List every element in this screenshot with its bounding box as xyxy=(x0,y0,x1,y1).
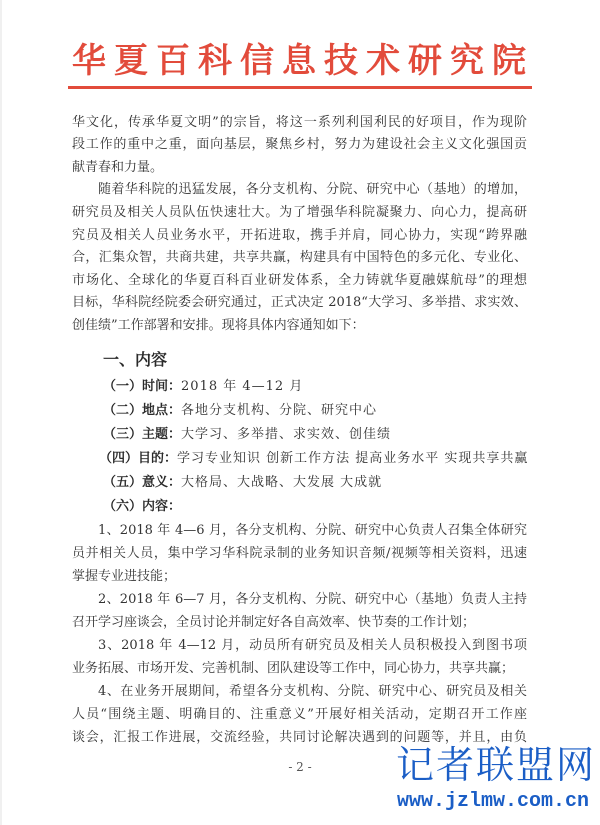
item-number: （三） xyxy=(103,427,142,442)
item-key: 时间： xyxy=(142,379,181,394)
item-number: （六） xyxy=(103,499,142,514)
numbered-line: 掌握专业进技能； xyxy=(72,567,542,587)
content-item-significance: （五）意义：大格局、大战略、大发展 大成就 xyxy=(103,473,543,493)
body-line: 献青春和力量。 xyxy=(72,158,542,178)
item-key: 内容： xyxy=(142,499,181,514)
numbered-line: 业务拓展、市场开发、完善机制、团队建设等工作中，同心协力，共享共赢； xyxy=(72,659,542,679)
content-item-purpose: （四）目的：学习专业知识 创新工作方法 提高业务水平 实现共享共赢 xyxy=(99,449,539,469)
body-line: 研究员及相关人员队伍快速壮大。为了增强华科院凝聚力、向心力，提高研 xyxy=(72,203,527,223)
item-value: 2018 年 4—12 月 xyxy=(181,379,303,394)
numbered-line: 3、2018 年 4—12 月，动员所有研究员及相关人员积极投入到图书项目、 xyxy=(98,636,527,656)
letterhead-title: 华夏百科信息技术研究院 xyxy=(72,41,542,81)
content-item-location: （二）地点：各地分支机构、分院、研究中心 xyxy=(103,401,543,421)
item-value: 各地分支机构、分院、研究中心 xyxy=(181,403,377,418)
numbered-line: 员并相关人员，集中学习华科院录制的业务知识音频/视频等相关资料，迅速 xyxy=(72,544,527,564)
body-line: 究员及相关人员业务水平，开拓进取，携手并肩，同心协力，实现“跨界融 xyxy=(72,226,527,246)
body-line: 华文化，传承华夏文明”的宗旨，将这一系列利国利民的好项目，作为现阶 xyxy=(72,113,527,133)
numbered-line: 2、2018 年 6—7 月，各分支机构、分院、研究中心（基地）负责人主持 xyxy=(98,590,527,610)
item-number: （四） xyxy=(99,451,138,466)
body-line: 目标，华科院经院委会研究通过，正式决定 2018“大学习、多举措、求实效、 xyxy=(72,293,527,313)
body-line: 段工作的重中之重，面向基层，聚焦乡村，努力为建设社会主义文化强国贡 xyxy=(72,135,527,155)
page-edge xyxy=(0,0,2,825)
item-key: 意义： xyxy=(142,475,181,490)
body-line: 随着华科院的迅猛发展，各分支机构、分院、研究中心（基地）的增加， xyxy=(98,180,527,200)
content-item-time: （一）时间：2018 年 4—12 月 xyxy=(103,377,543,397)
page-number: - 2 - xyxy=(280,758,320,776)
numbered-line: 召开学习座谈会，全员讨论并制定好各自高效率、快节奏的工作计划； xyxy=(72,613,542,633)
item-value: 大格局、大战略、大发展 大成就 xyxy=(181,475,382,490)
item-key: 目的： xyxy=(138,451,177,466)
section-heading: 一、内容 xyxy=(103,349,167,371)
item-number: （二） xyxy=(103,403,142,418)
numbered-line: 1、2018 年 4—6 月，各分支机构、分院、研究中心负责人召集全体研究 xyxy=(98,521,527,541)
item-key: 主题： xyxy=(142,427,181,442)
content-item-theme: （三）主题：大学习、多举措、求实效、创佳绩 xyxy=(103,425,543,445)
content-item-content: （六）内容： xyxy=(103,497,543,517)
body-line: 创佳绩”工作部署和安排。现将具体内容通知如下： xyxy=(72,316,542,336)
item-value: 学习专业知识 创新工作方法 提高业务水平 实现共享共赢 xyxy=(177,451,528,466)
numbered-line: 4、在业务开展期间，希望各分支机构、分院、研究中心、研究员及相关 xyxy=(98,682,527,702)
letterhead-red-rule xyxy=(68,86,532,89)
item-value: 大学习、多举措、求实效、创佳绩 xyxy=(181,427,391,442)
item-key: 地点： xyxy=(142,403,181,418)
numbered-line: 人员“围绕主题、明确目的、注重意义”开展好相关活动，定期召开工作座 xyxy=(72,705,527,725)
item-number: （五） xyxy=(103,475,142,490)
watermark-url: www.jzlmw.com.cn xyxy=(397,790,600,814)
item-number: （一） xyxy=(103,379,142,394)
body-line: 市场化、全球化的华夏百科百业研发体系，全力铸就华夏融媒航母”的理想 xyxy=(72,271,527,291)
watermark-site-name: 记者联盟网 xyxy=(396,744,600,786)
body-line: 合，汇集众智，共商共建，共享共赢，构建具有中国特色的多元化、专业化、 xyxy=(72,248,527,268)
